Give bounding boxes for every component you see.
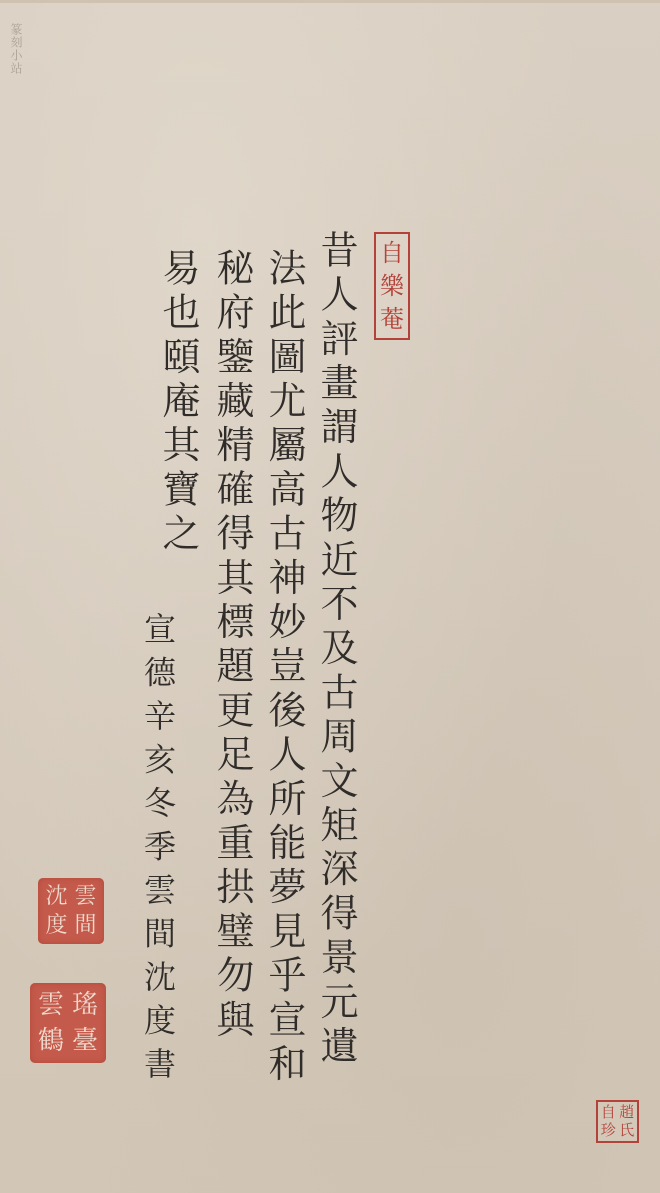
seal-char: 氏 <box>619 1123 634 1138</box>
seal-char: 自 <box>601 1105 616 1120</box>
seal-char: 間 <box>75 915 97 937</box>
seal-char: 菴 <box>380 307 404 331</box>
seal-char: 沈 <box>46 886 68 908</box>
seal-char: 鶴 <box>38 1028 64 1054</box>
colophon-column-4: 易也頤庵其寶之 <box>156 248 200 557</box>
colophon-column-2: 法此圖尤屬高古神妙豈後人所能夢見乎宣和 <box>262 248 306 1088</box>
seal-char: 雲 <box>38 992 64 1018</box>
seal-char: 臺 <box>72 1028 98 1054</box>
signature-seal-stamp-1: 雲 間 沈 度 <box>38 878 104 944</box>
signature-line: 宣德辛亥冬季雲間沈度書 <box>138 612 178 1091</box>
seal-char: 瑤 <box>72 992 98 1018</box>
watermark-text: 篆刻小站 <box>4 14 28 84</box>
seal-char: 雲 <box>75 886 97 908</box>
colophon-column-1: 昔人評畫謂人物近不及古周文矩深得景元遺 <box>314 230 358 1070</box>
seal-char: 度 <box>46 915 68 937</box>
top-seal-stamp: 自 樂 菴 <box>374 232 410 340</box>
signature-seal-stamp-2: 瑤 臺 雲 鶴 <box>30 983 106 1063</box>
seal-char: 樂 <box>380 274 404 298</box>
colophon-column-3: 秘府鑒藏精確得其標題更足為重拱璧勿與 <box>210 248 254 1044</box>
seal-char: 自 <box>380 241 404 265</box>
paper-top-edge <box>0 0 660 3</box>
seal-char: 趙 <box>619 1105 634 1120</box>
seal-char: 珍 <box>601 1123 616 1138</box>
paper-background: 篆刻小站 昔人評畫謂人物近不及古周文矩深得景元遺 法此圖尤屬高古神妙豈後人所能夢… <box>0 0 660 1193</box>
corner-seal-stamp: 趙 氏 自 珍 <box>596 1100 639 1143</box>
